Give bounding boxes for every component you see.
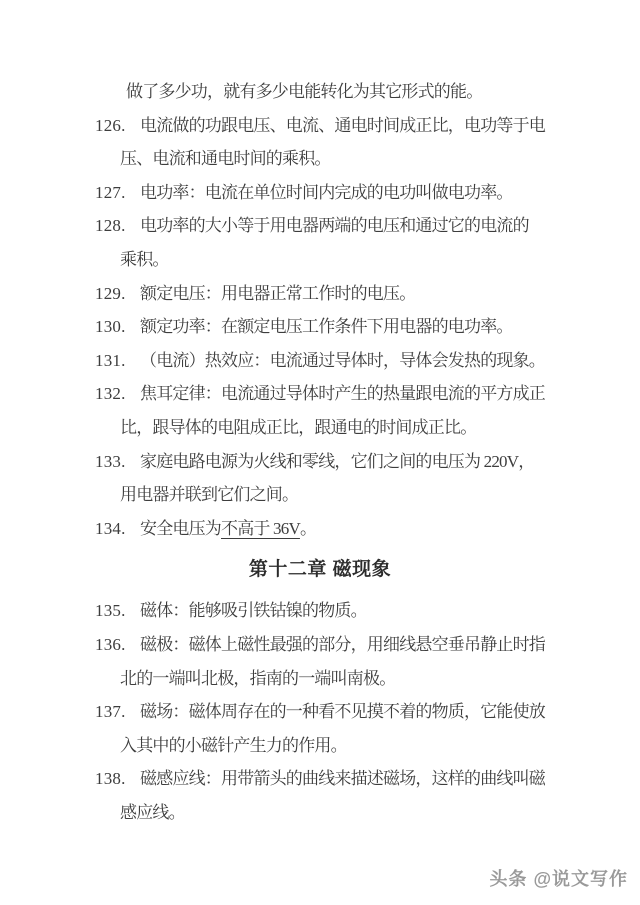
- item-number: 137.: [95, 695, 126, 729]
- list-item-continuation-line: 入其中的小磁针产生力的作用。: [0, 729, 640, 763]
- item-text: 家庭电路电源为火线和零线，它们之间的电压为 220V，: [140, 452, 534, 471]
- electricity-items-list: 126.电流做的功跟电压、电流、通电时间成正比，电功等于电压、电流和通电时间的乘…: [0, 109, 640, 546]
- list-item-line: 132.焦耳定律：电流通过导体时产生的热量跟电流的平方成正: [0, 377, 640, 411]
- item-number: 129.: [95, 277, 126, 311]
- item-text: 电功率的大小等于用电器两端的电压和通过它的电流的: [140, 216, 529, 235]
- item-number: 127.: [95, 176, 126, 210]
- item-text: 感应线。: [120, 803, 185, 822]
- item-text: 乘积。: [120, 250, 169, 269]
- item-text: 电流做的功跟电压、电流、通电时间成正比，电功等于电: [140, 116, 545, 135]
- list-item-continuation-line: 北的一端叫北极，指南的一端叫南极。: [0, 662, 640, 696]
- item-number: 130.: [95, 310, 126, 344]
- item-text: 用电器并联到它们之间。: [120, 485, 298, 504]
- list-item-line: 137.磁场：磁体周存在的一种看不见摸不着的物质，它能使放: [0, 695, 640, 729]
- item-text: 磁极：磁体上磁性最强的部分，用细线悬空垂吊静止时指: [140, 635, 545, 654]
- item-text: 比，跟导体的电阻成正比，跟通电的时间成正比。: [120, 418, 476, 437]
- item-text: 磁感应线：用带箭头的曲线来描述磁场，这样的曲线叫磁: [140, 769, 545, 788]
- chapter-heading: 第十二章 磁现象: [0, 552, 640, 588]
- item-number: 134.: [95, 512, 126, 546]
- list-item-continuation-line: 压、电流和通电时间的乘积。: [0, 142, 640, 176]
- watermark-text: 头条 @说文写作: [489, 869, 628, 889]
- item-text: 电功率：电流在单位时间内完成的电功叫做电功率。: [140, 183, 513, 202]
- list-item-line: 127.电功率：电流在单位时间内完成的电功叫做电功率。: [0, 176, 640, 210]
- list-item-line: 134.安全电压为不高于 36V。: [0, 512, 640, 546]
- item-number: 131.: [95, 344, 126, 378]
- item-text: 磁体：能够吸引铁钴镍的物质。: [140, 601, 367, 620]
- list-item-continuation-line: 用电器并联到它们之间。: [0, 478, 640, 512]
- list-item-line: 129.额定电压：用电器正常工作时的电压。: [0, 277, 640, 311]
- item-text: 。: [300, 519, 316, 538]
- list-item-line: 135.磁体：能够吸引铁钴镍的物质。: [0, 594, 640, 628]
- list-item-continuation-line: 乘积。: [0, 243, 640, 277]
- underlined-text: 不高于 36V: [221, 519, 300, 538]
- magnetism-items-list: 135.磁体：能够吸引铁钴镍的物质。136.磁极：磁体上磁性最强的部分，用细线悬…: [0, 594, 640, 829]
- list-item-line: 138.磁感应线：用带箭头的曲线来描述磁场，这样的曲线叫磁: [0, 762, 640, 796]
- list-item-line: 130.额定功率：在额定电压工作条件下用电器的电功率。: [0, 310, 640, 344]
- list-item-line: 133.家庭电路电源为火线和零线，它们之间的电压为 220V，: [0, 445, 640, 479]
- item-number: 136.: [95, 628, 126, 662]
- list-item-line: 136.磁极：磁体上磁性最强的部分，用细线悬空垂吊静止时指: [0, 628, 640, 662]
- list-item-continuation-line: 感应线。: [0, 796, 640, 830]
- item-text: 压、电流和通电时间的乘积。: [120, 149, 331, 168]
- item-text: （电流）热效应：电流通过导体时，导体会发热的现象。: [140, 351, 545, 370]
- list-item-continuation-line: 比，跟导体的电阻成正比，跟通电的时间成正比。: [0, 411, 640, 445]
- list-item-line: 126.电流做的功跟电压、电流、通电时间成正比，电功等于电: [0, 109, 640, 143]
- item-number: 128.: [95, 209, 126, 243]
- list-item-line: 128.电功率的大小等于用电器两端的电压和通过它的电流的: [0, 209, 640, 243]
- physics-notes: 做了多少功，就有多少电能转化为其它形式的能。 126.电流做的功跟电压、电流、通…: [0, 0, 640, 829]
- list-item-line: 131.（电流）热效应：电流通过导体时，导体会发热的现象。: [0, 344, 640, 378]
- item-number: 133.: [95, 445, 126, 479]
- carryover-line: 做了多少功，就有多少电能转化为其它形式的能。: [0, 75, 640, 109]
- item-number: 132.: [95, 377, 126, 411]
- item-text: 安全电压为: [140, 519, 221, 538]
- item-text: 入其中的小磁针产生力的作用。: [120, 736, 347, 755]
- watermark: 头条 @说文写作: [489, 865, 628, 891]
- item-text: 磁场：磁体周存在的一种看不见摸不着的物质，它能使放: [140, 702, 545, 721]
- item-text: 额定功率：在额定电压工作条件下用电器的电功率。: [140, 317, 513, 336]
- item-number: 126.: [95, 109, 126, 143]
- document-page: 做了多少功，就有多少电能转化为其它形式的能。 126.电流做的功跟电压、电流、通…: [0, 0, 640, 905]
- item-number: 138.: [95, 762, 126, 796]
- item-number: 135.: [95, 594, 126, 628]
- item-text: 焦耳定律：电流通过导体时产生的热量跟电流的平方成正: [140, 384, 545, 403]
- item-text: 北的一端叫北极，指南的一端叫南极。: [120, 669, 395, 688]
- item-text: 额定电压：用电器正常工作时的电压。: [140, 284, 415, 303]
